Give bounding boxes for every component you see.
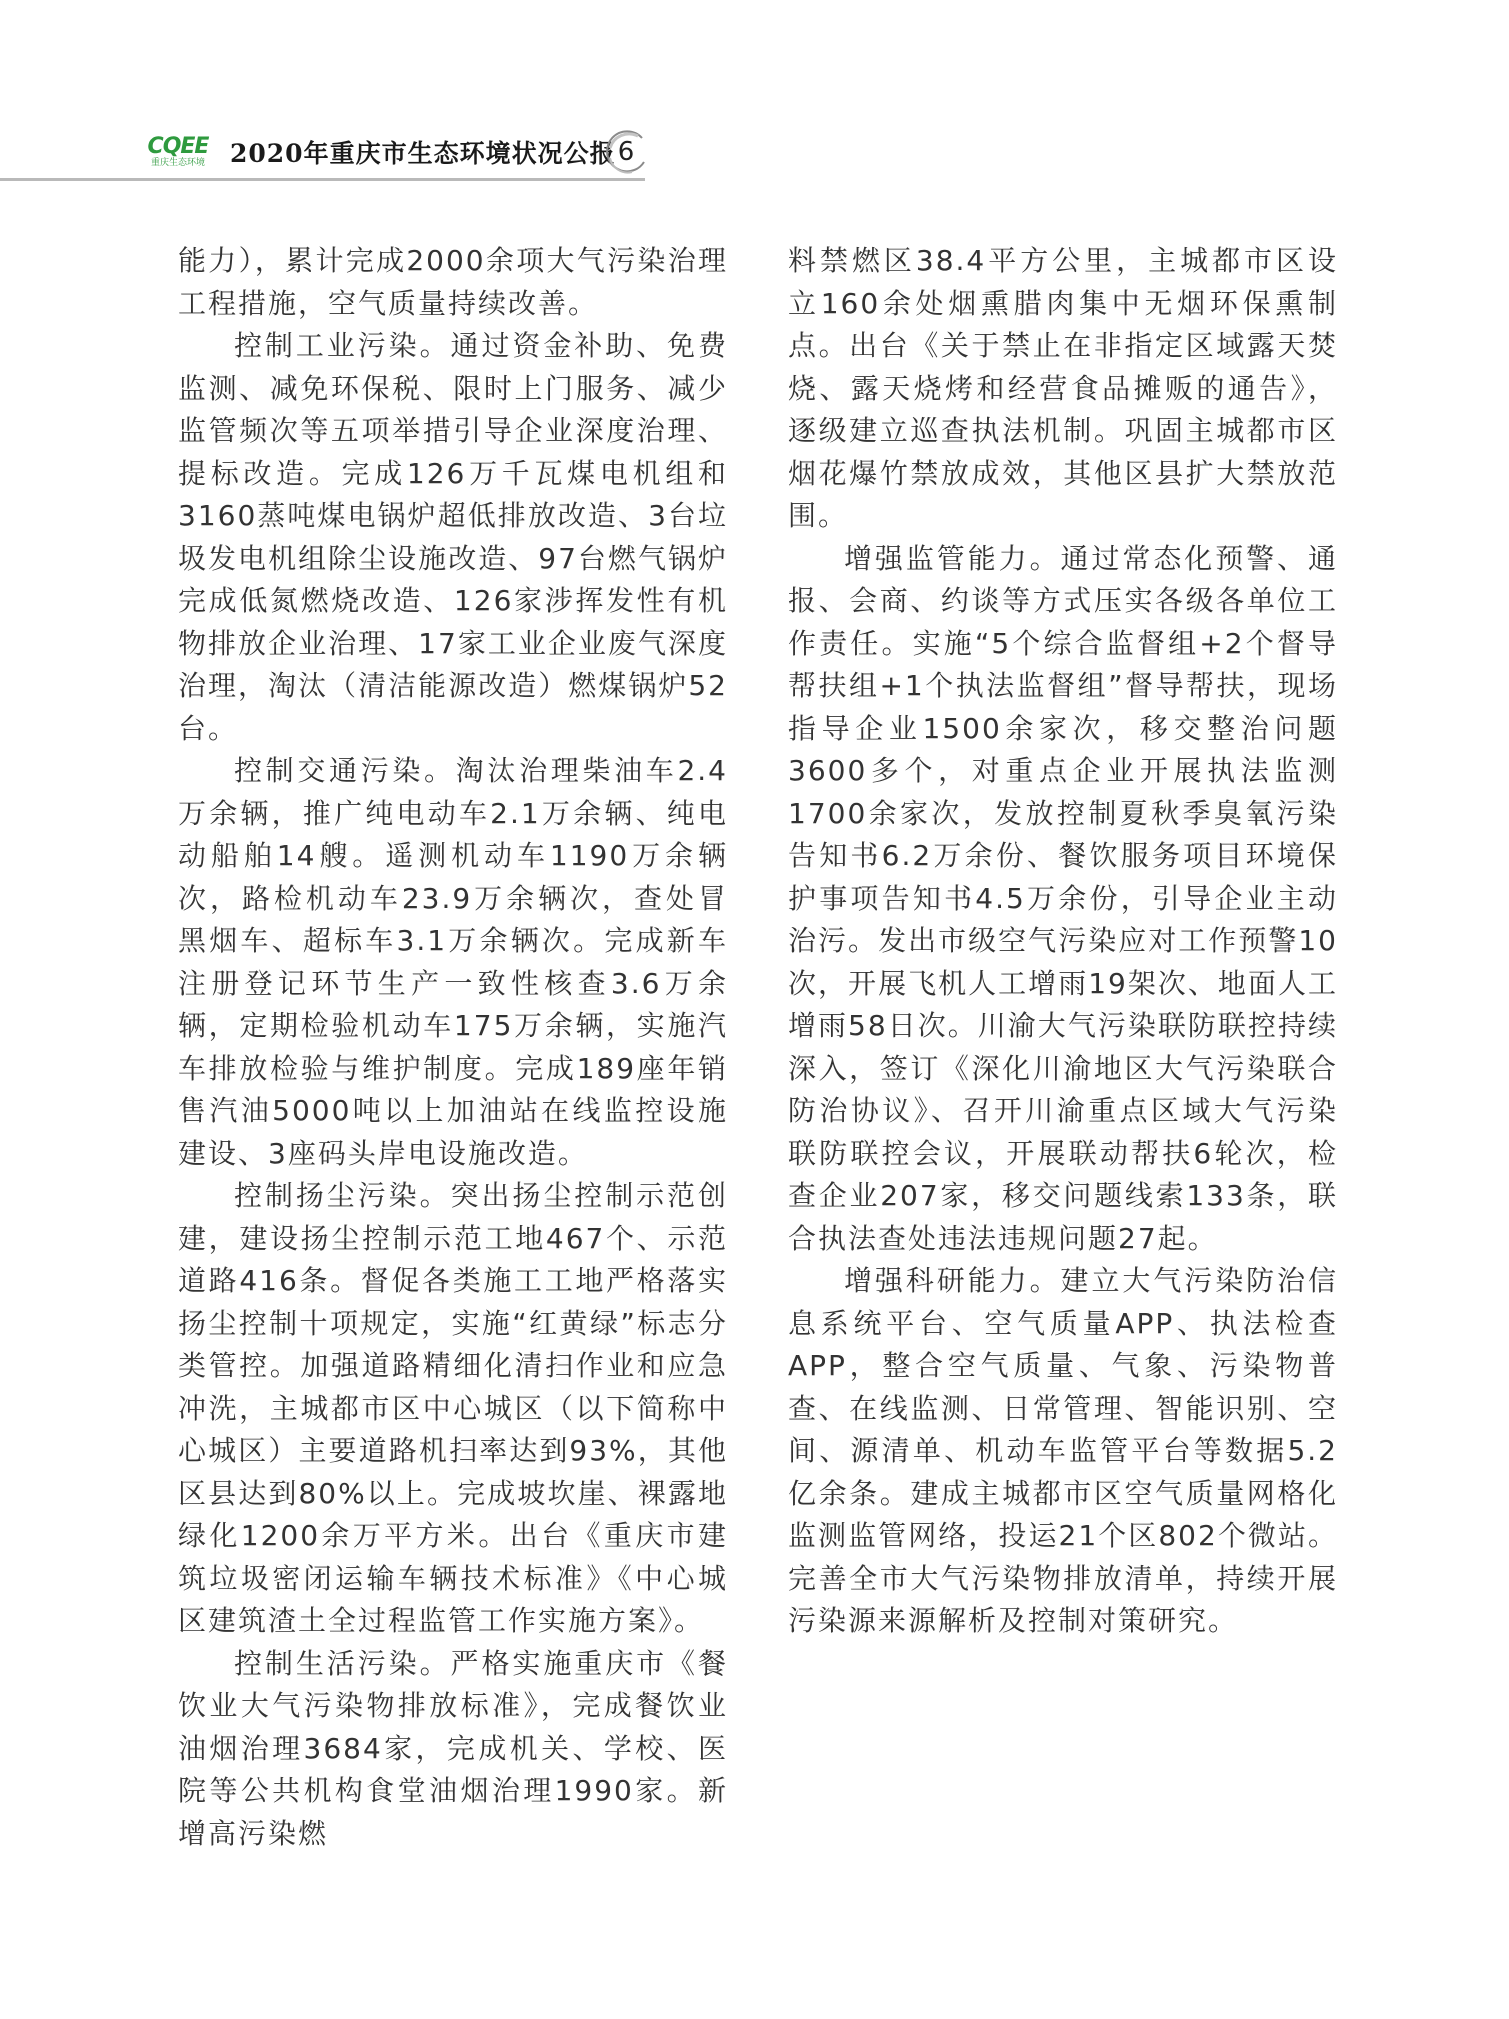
cqee-logo: CQEE 重庆生态环境 — [138, 132, 218, 172]
logo-mark: CQEE — [148, 136, 209, 158]
page-number-badge: 6 — [602, 128, 650, 176]
left-column: 能力），累计完成2000余项大气污染治理工程措施，空气质量持续改善。 控制工业污… — [178, 240, 728, 1855]
page-header: CQEE 重庆生态环境 2020年重庆市生态环境状况公报 — [138, 130, 616, 174]
header-divider — [0, 178, 645, 181]
paragraph-supervision-capacity: 增强监管能力。通过常态化预警、通报、会商、约谈等方式压实各级各单位工作责任。实施… — [788, 538, 1338, 1261]
page-number: 6 — [602, 128, 650, 176]
paragraph-dust-pollution: 控制扬尘污染。突出扬尘控制示范创建，建设扬尘控制示范工地467个、示范道路416… — [178, 1175, 728, 1643]
paragraph-domestic-pollution: 控制生活污染。严格实施重庆市《餐饮业大气污染物排放标准》，完成餐饮业油烟治理36… — [178, 1643, 728, 1856]
paragraph: 能力），累计完成2000余项大气污染治理工程措施，空气质量持续改善。 — [178, 240, 728, 325]
right-column: 料禁燃区38.4平方公里，主城都市区设立160余处烟熏腊肉集中无烟环保熏制点。出… — [788, 240, 1338, 1643]
paragraph-industrial-pollution: 控制工业污染。通过资金补助、免费监测、减免环保税、限时上门服务、减少监管频次等五… — [178, 325, 728, 750]
logo-subtitle: 重庆生态环境 — [151, 158, 205, 169]
paragraph-traffic-pollution: 控制交通污染。淘汰治理柴油车2.4万余辆，推广纯电动车2.1万余辆、纯电动船舶1… — [178, 750, 728, 1175]
paragraph: 料禁燃区38.4平方公里，主城都市区设立160余处烟熏腊肉集中无烟环保熏制点。出… — [788, 240, 1338, 538]
paragraph-research-capacity: 增强科研能力。建立大气污染防治信息系统平台、空气质量APP、执法检查APP，整合… — [788, 1260, 1338, 1643]
report-title: 2020年重庆市生态环境状况公报 — [230, 134, 616, 170]
